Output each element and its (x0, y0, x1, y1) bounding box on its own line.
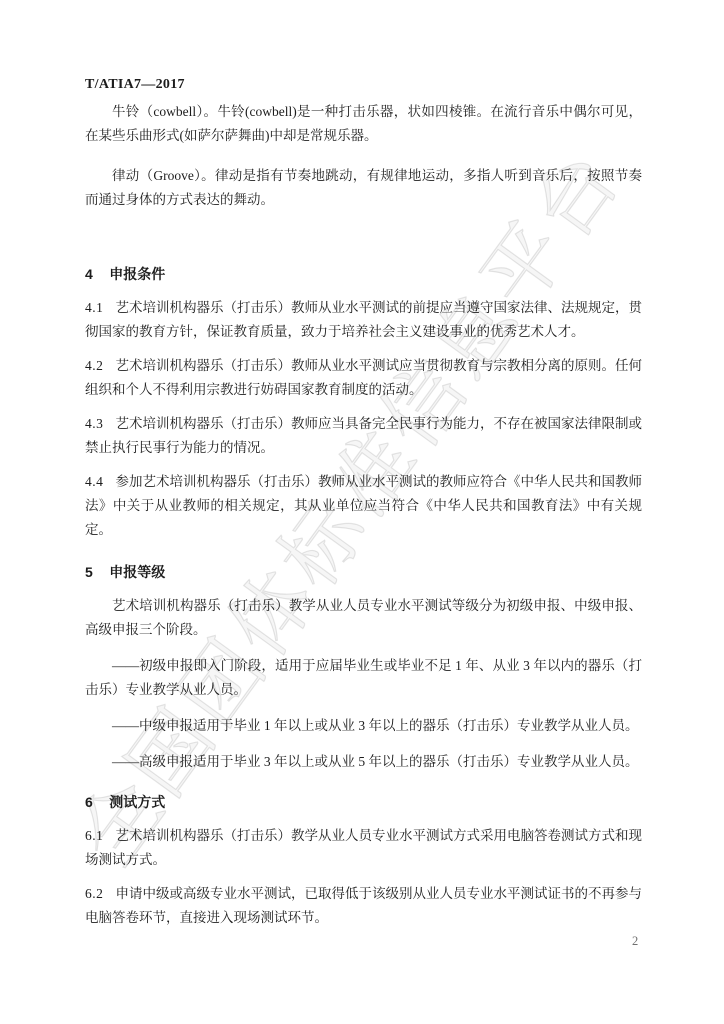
clause-4-4-text: 参加艺术培训机构器乐（打击乐）教师从业水平测试的教师应符合《中华人民共和国教师法… (85, 474, 642, 537)
section-6-title: 测试方式 (109, 794, 165, 810)
standard-code-header: T/ATIA7—2017 (85, 76, 642, 94)
clause-4-3-text: 艺术培训机构器乐（打击乐）教师应当具备完全民事行为能力，不存在被国家法律限制或禁… (85, 416, 642, 455)
clause-4-4-number: 4.4 (85, 474, 103, 489)
clause-4-2-text: 艺术培训机构器乐（打击乐）教师从业水平测试应当贯彻教育与宗教相分离的原则。任何组… (85, 358, 642, 397)
section-5-title: 申报等级 (109, 564, 165, 580)
clause-6-1: 6.1艺术培训机构器乐（打击乐）教学从业人员专业水平测试方式采用电脑答卷测试方式… (85, 824, 642, 872)
clause-4-2-number: 4.2 (85, 358, 103, 373)
section-6-number: 6 (85, 794, 93, 810)
clause-6-1-number: 6.1 (85, 828, 103, 843)
glossary-paragraph-cowbell: 牛铃（cowbell）。牛铃(cowbell)是一种打击乐器，状如四棱锥。在流行… (85, 100, 642, 148)
level-item-senior: ——高级申报适用于毕业 3 年以上或从业 5 年以上的器乐（打击乐）专业教学从业… (85, 750, 642, 774)
level-item-intermediate: ——中级申报适用于毕业 1 年以上或从业 3 年以上的器乐（打击乐）专业教学从业… (85, 714, 642, 738)
section-heading-4: 4 申报条件 (85, 264, 642, 284)
clause-4-3: 4.3艺术培训机构器乐（打击乐）教师应当具备完全民事行为能力，不存在被国家法律限… (85, 412, 642, 460)
section-heading-5: 5 申报等级 (85, 562, 642, 582)
section-4-number: 4 (85, 266, 93, 282)
section-heading-6: 6 测试方式 (85, 792, 642, 812)
clause-6-2-number: 6.2 (85, 886, 103, 901)
clause-4-4: 4.4参加艺术培训机构器乐（打击乐）教师从业水平测试的教师应符合《中华人民共和国… (85, 470, 642, 542)
section-4-title: 申报条件 (109, 266, 165, 282)
page-number: 2 (632, 934, 638, 949)
document-page: 全国团体标准信息平台 T/ATIA7—2017 牛铃（cowbell）。牛铃(c… (0, 0, 724, 1024)
section-5-intro-paragraph: 艺术培训机构器乐（打击乐）教学从业人员专业水平测试等级分为初级申报、中级申报、高… (85, 594, 642, 642)
clause-4-3-number: 4.3 (85, 416, 103, 431)
level-item-junior: ——初级申报即入门阶段，适用于应届毕业生或毕业不足 1 年、从业 3 年以内的器… (85, 654, 642, 702)
clause-6-2-text: 申请中级或高级专业水平测试，已取得低于该级别从业人员专业水平测试证书的不再参与电… (85, 886, 642, 925)
glossary-paragraph-groove: 律动（Groove）。律动是指有节奏地跳动，有规律地运动，多指人听到音乐后，按照… (85, 164, 642, 212)
clause-4-1-text: 艺术培训机构器乐（打击乐）教师从业水平测试的前提应当遵守国家法律、法规规定，贯彻… (85, 300, 642, 339)
clause-6-1-text: 艺术培训机构器乐（打击乐）教学从业人员专业水平测试方式采用电脑答卷测试方式和现场… (85, 828, 642, 867)
clause-4-1-number: 4.1 (85, 300, 103, 315)
document-content: T/ATIA7—2017 牛铃（cowbell）。牛铃(cowbell)是一种打… (85, 76, 642, 930)
clause-4-1: 4.1艺术培训机构器乐（打击乐）教师从业水平测试的前提应当遵守国家法律、法规规定… (85, 296, 642, 344)
clause-6-2: 6.2申请中级或高级专业水平测试，已取得低于该级别从业人员专业水平测试证书的不再… (85, 882, 642, 930)
clause-4-2: 4.2艺术培训机构器乐（打击乐）教师从业水平测试应当贯彻教育与宗教相分离的原则。… (85, 354, 642, 402)
section-5-number: 5 (85, 564, 93, 580)
